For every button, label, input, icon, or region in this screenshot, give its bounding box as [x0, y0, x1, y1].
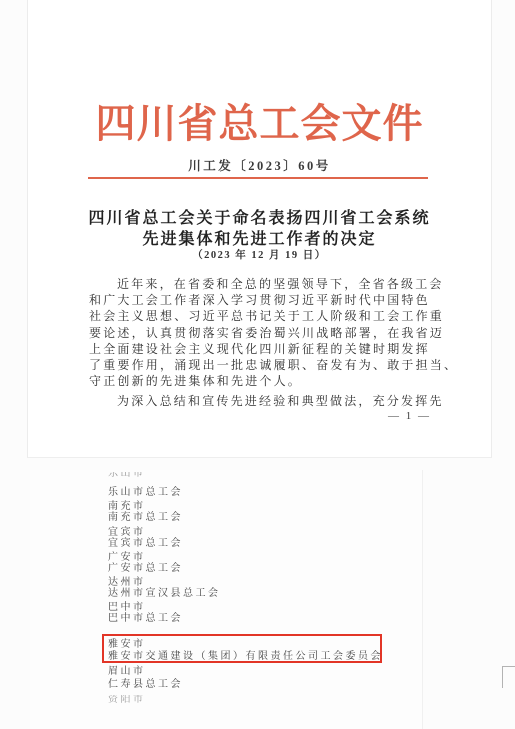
list-item-union: 广安市总工会: [108, 564, 183, 574]
list-item-union: 南充市总工会: [108, 513, 183, 523]
list-item-city-clipped: 乐山市: [108, 472, 146, 481]
document-title-line1: 四川省总工会关于命名表扬四川省工会系统: [28, 205, 491, 228]
body-line: 了重要作用，涌现出一批忠诚履职、奋发有为、敢于担当、: [89, 357, 435, 373]
list-item-union-highlighted: 雅安市交通建设（集团）有限责任公司工会委员会: [108, 652, 383, 662]
document-page-1: 四川省总工会文件 川工发〔2023〕60号 四川省总工会关于命名表扬四川省工会系…: [27, 0, 492, 458]
list-item-union: 巴中市总工会: [108, 614, 183, 624]
letterhead-title: 四川省总工会文件: [28, 92, 491, 149]
body-line: 守正创新的先进集体和先进个人。: [89, 373, 435, 389]
list-item-city-clipped: 资阳市: [108, 695, 146, 703]
list-item-city-highlighted: 雅安市: [108, 640, 146, 650]
body-line: 社会主义思想、习近平总书记关于工人阶级和工会工作重: [89, 308, 435, 324]
corner-crop-mark: [502, 666, 515, 688]
document-page-2: 乐山市 乐山市总工会 南充市 南充市总工会 宜宾市 宜宾市总工会 广安市 广安市…: [30, 470, 423, 729]
body-line: 和广大工会工作者深入学习贯彻习近平新时代中国特色: [89, 292, 435, 308]
list-item-text: 乐山市: [108, 472, 146, 479]
list-item-city: 巴中市: [108, 603, 146, 613]
list-item-city: 达州市: [108, 578, 146, 588]
document-date: （2023 年 12 月 19 日）: [28, 247, 491, 262]
body-line: 近年来，在省委和全总的坚强领导下，全省各级工会: [89, 276, 435, 292]
page-number: — 1 —: [388, 410, 431, 422]
list-item-city: 广安市: [108, 553, 146, 563]
body-paragraphs: 近年来，在省委和全总的坚强领导下，全省各级工会 和广大工会工作者深入学习贯彻习近…: [89, 276, 435, 410]
body-line: 上全面建设社会主义现代化四川新征程的关键时期发挥: [89, 341, 435, 357]
body-line: 为深入总结和宣传先进经验和典型做法，充分发挥先: [89, 393, 435, 409]
list-item-city: 眉山市: [108, 667, 146, 677]
list-item-city: 宜宾市: [108, 528, 146, 538]
red-divider-rule: [88, 177, 428, 179]
list-item-union: 宜宾市总工会: [108, 539, 183, 549]
body-line: 要论述，认真贯彻落实省委治蜀兴川战略部署，在我省迈: [89, 325, 435, 341]
document-title-line2: 先进集体和先进工作者的决定: [28, 226, 491, 249]
list-item-union: 达州市宣汉县总工会: [108, 589, 221, 599]
list-item-union: 仁寿县总工会: [108, 680, 183, 690]
scanned-document-view: 四川省总工会文件 川工发〔2023〕60号 四川省总工会关于命名表扬四川省工会系…: [0, 0, 515, 729]
list-item-union: 乐山市总工会: [108, 488, 183, 498]
list-item-city: 南充市: [108, 502, 146, 512]
document-number: 川工发〔2023〕60号: [28, 156, 491, 174]
